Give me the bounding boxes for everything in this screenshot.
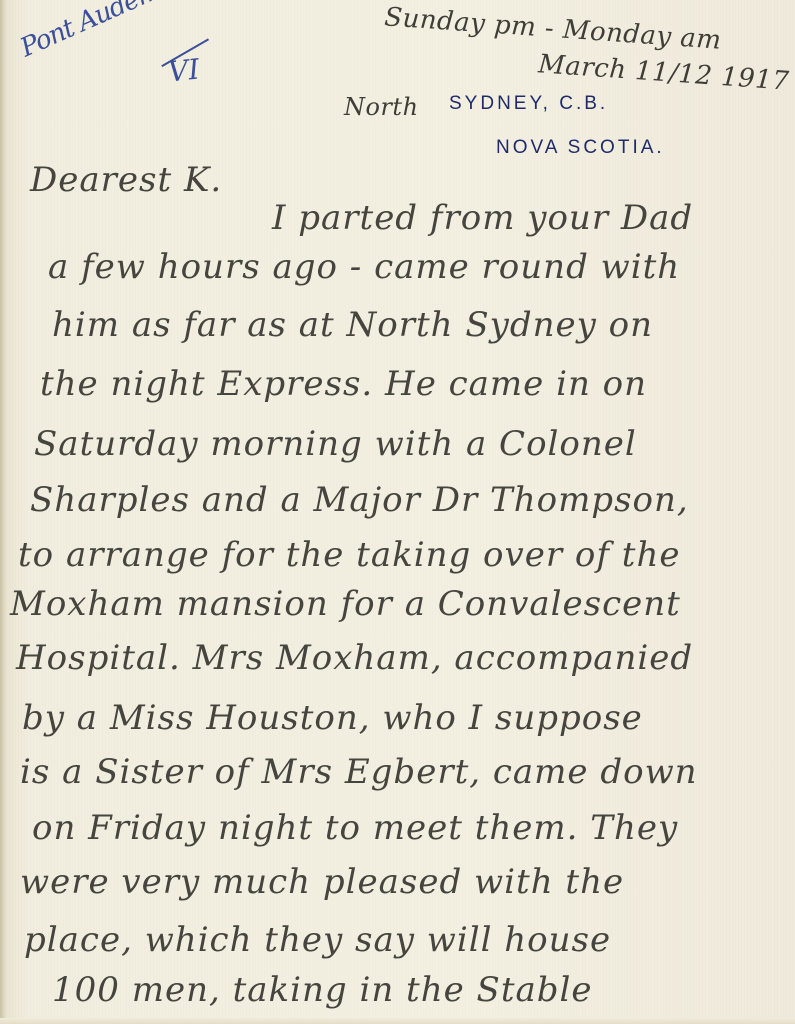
body-line: the night Express. He came in on — [40, 364, 647, 404]
letter-body: Dearest K. I parted from your Dad a few … — [0, 0, 795, 1024]
body-line: I parted from your Dad — [272, 198, 693, 238]
body-line: on Friday night to meet them. They — [32, 808, 678, 848]
body-line: place, which they say will house — [24, 920, 611, 960]
body-line: a few hours ago - came round with — [48, 247, 680, 287]
body-line: Sharples and a Major Dr Thompson, — [30, 480, 689, 520]
body-line: Hospital. Mrs Moxham, accompanied — [16, 638, 693, 678]
salutation: Dearest K. — [30, 160, 222, 200]
body-line: 100 men, taking in the Stable — [52, 970, 593, 1010]
body-line: is a Sister of Mrs Egbert, came down — [20, 752, 698, 792]
body-line: to arrange for the taking over of the — [18, 535, 680, 575]
body-line: by a Miss Houston, who I suppose — [22, 698, 643, 738]
body-line: Moxham mansion for a Convalescent — [10, 584, 681, 624]
body-line: were very much pleased with the — [20, 862, 624, 902]
body-line: him as far as at North Sydney on — [52, 305, 653, 345]
body-line: Saturday morning with a Colonel — [34, 424, 637, 464]
letter-page: Pont Audemer VI Sunday pm - Monday am Ma… — [0, 0, 795, 1024]
